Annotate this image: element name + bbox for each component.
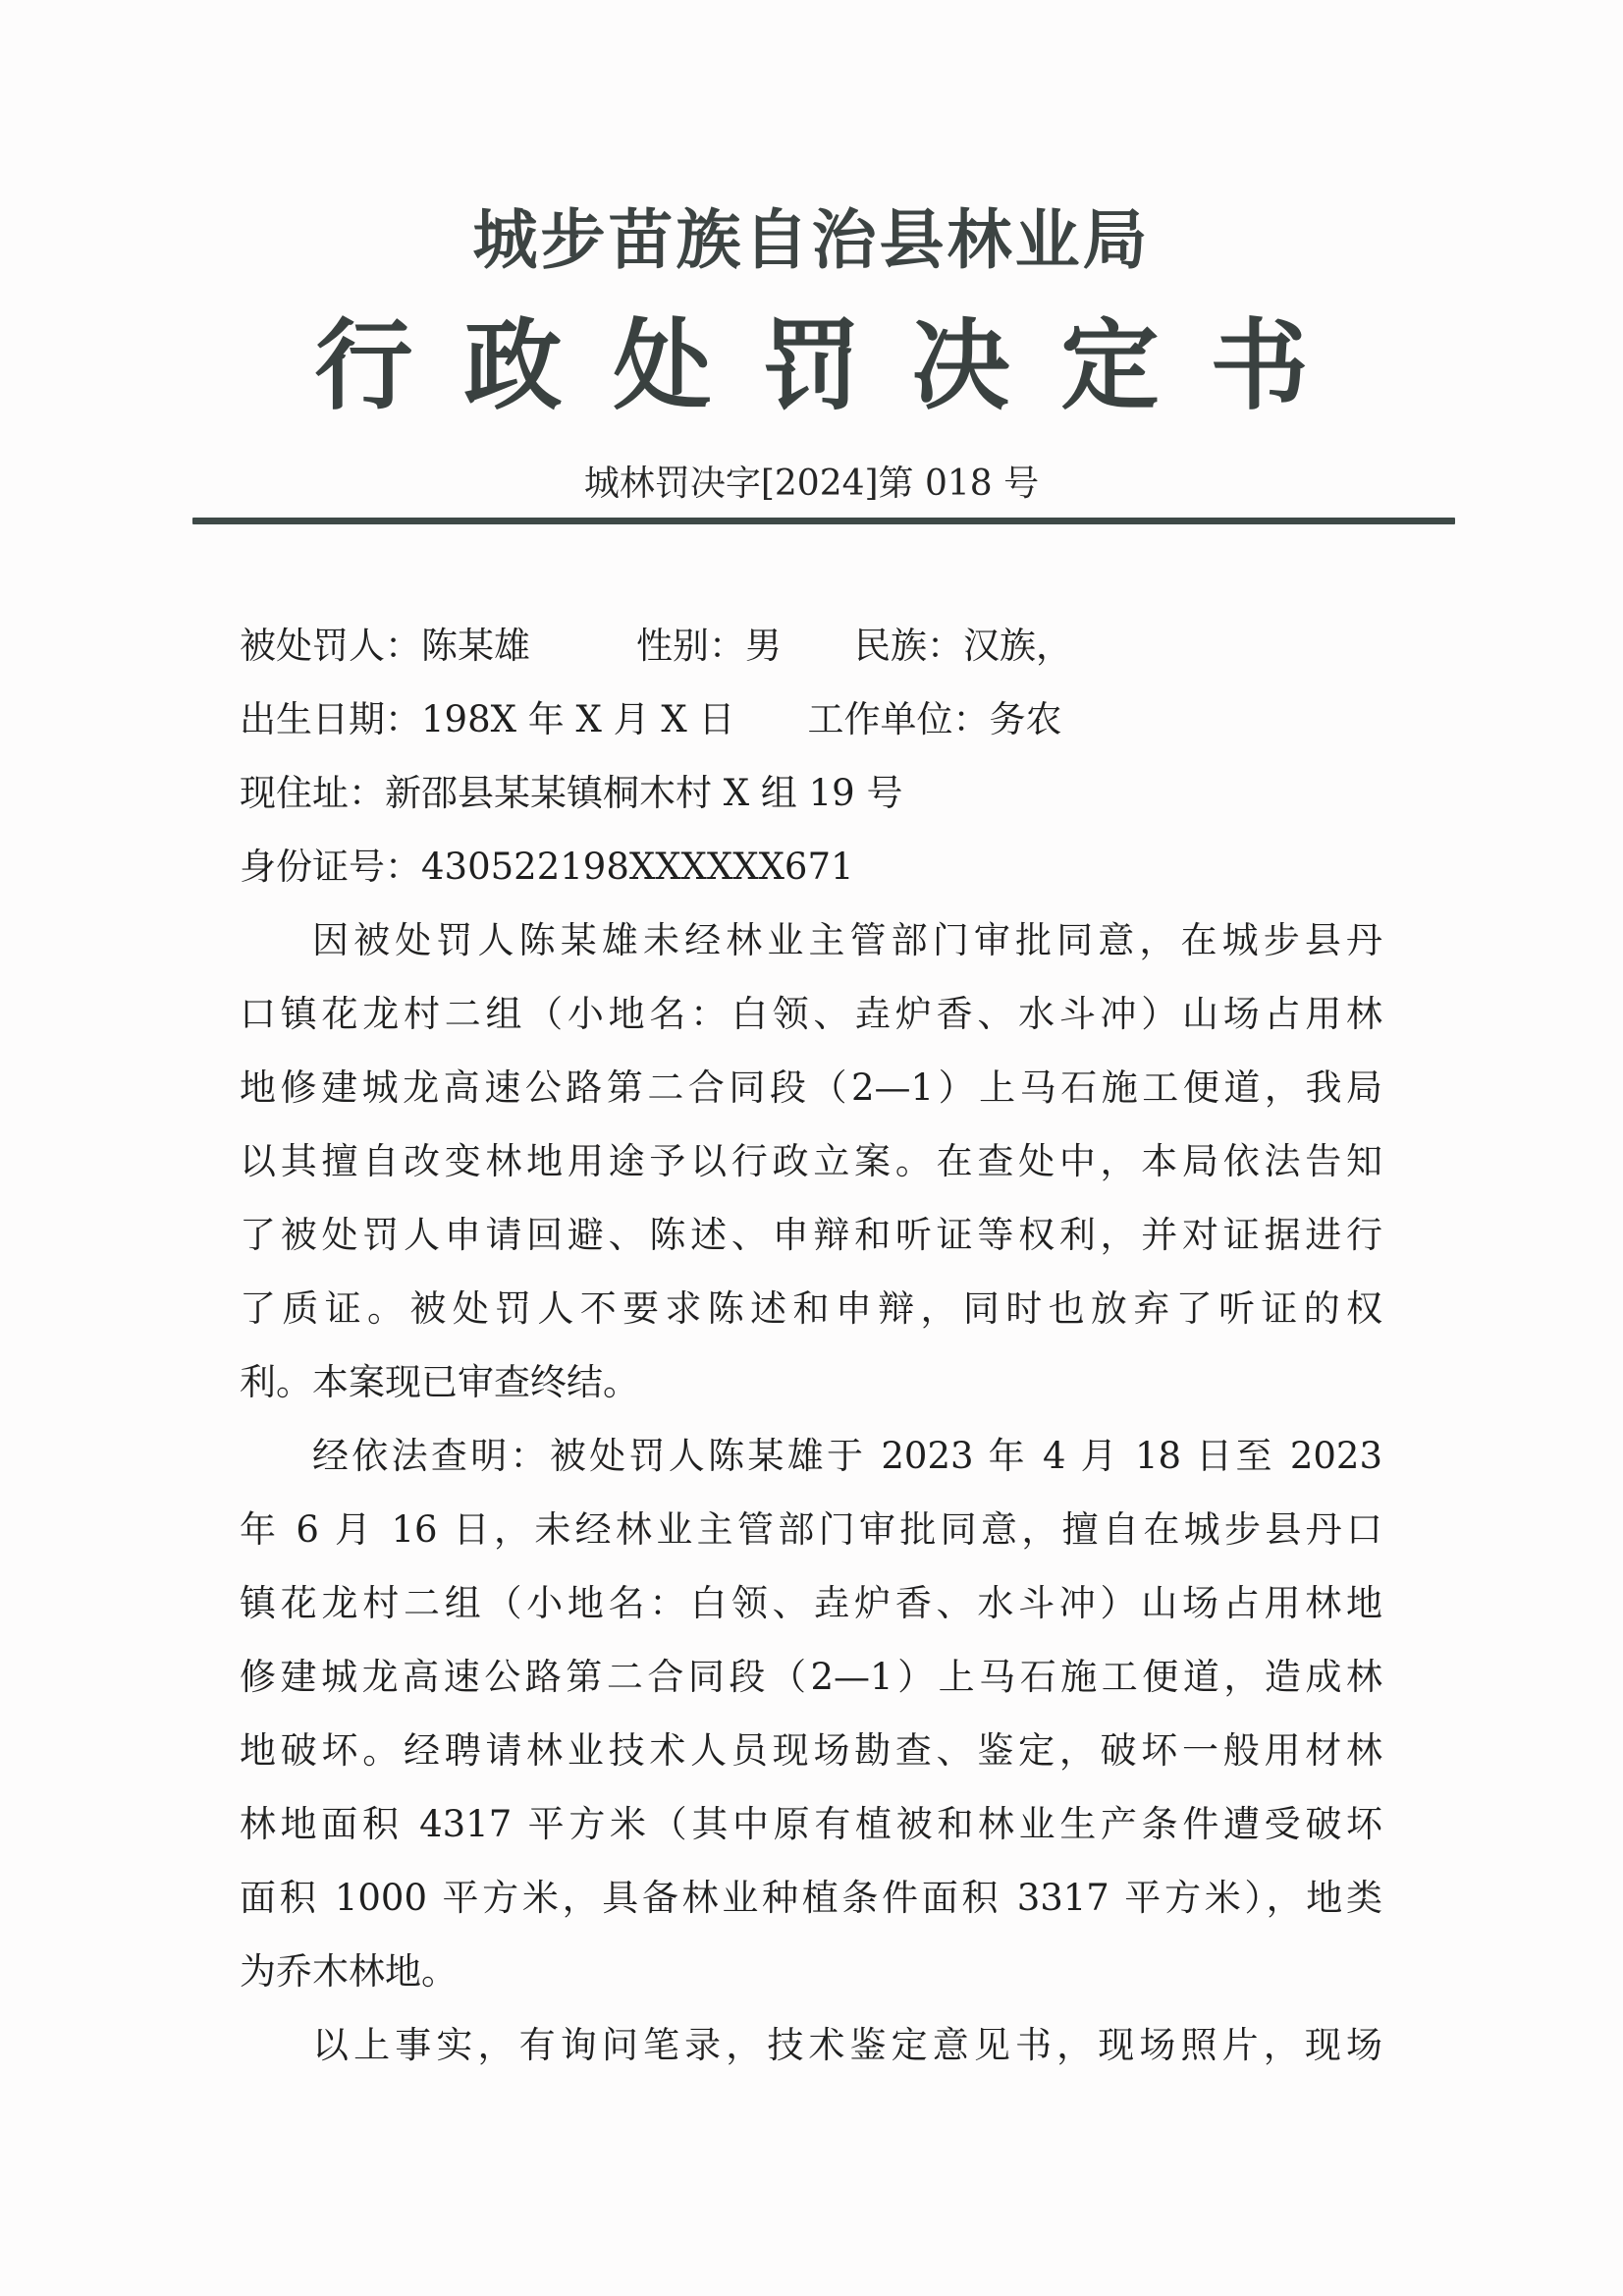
paragraph-line: 地破坏。经聘请林业技术人员现场勘查、鉴定，破坏一般用材林: [240, 1714, 1382, 1787]
paragraph-line: 为乔木林地。: [240, 1935, 1382, 2008]
id-label: 身份证号：: [240, 830, 421, 903]
document-body: 被处罚人：陈某雄性别：男民族：汉族， 出生日期：198X 年 X 月 X 日工作…: [240, 609, 1382, 2082]
paragraph-line: 地修建城龙高速公路第二合同段（2—1）上马石施工便道，我局: [240, 1051, 1382, 1124]
ethnicity-label: 民族：: [854, 609, 963, 683]
paragraph-line: 年 6 月 16 日，未经林业主管部门审批同意，擅自在城步县丹口: [240, 1493, 1382, 1566]
header-divider: [192, 518, 1455, 524]
party-ethnicity: 汉族，: [963, 609, 1072, 683]
paragraph-line: 以上事实，有询问笔录，技术鉴定意见书，现场照片，现场: [240, 2008, 1382, 2082]
document-page: 城步苗族自治县林业局 行政处罚决定书 城林罚决字[2024]第 018 号 被处…: [0, 0, 1623, 2296]
party-name: 陈某雄: [421, 609, 530, 683]
address-label: 现住址：: [240, 756, 385, 830]
paragraph-line: 口镇花龙村二组（小地名：白领、垚炉香、水斗冲）山场占用林: [240, 977, 1382, 1051]
party-row-1: 被处罚人：陈某雄性别：男民族：汉族，: [240, 609, 1382, 683]
paragraph-line: 面积 1000 平方米，具备林业种植条件面积 3317 平方米），地类: [240, 1861, 1382, 1935]
document-number: 城林罚决字[2024]第 018 号: [0, 462, 1623, 507]
paragraph-line: 利。本案现已审查终结。: [240, 1345, 1382, 1419]
party-row-2: 出生日期：198X 年 X 月 X 日工作单位：务农: [240, 683, 1382, 756]
paragraph-line: 林地面积 4317 平方米（其中原有植被和林业生产条件遭受破坏: [240, 1787, 1382, 1861]
party-id-number: 430522198XXXXXX671: [421, 830, 854, 903]
paragraph-line: 经依法查明：被处罚人陈某雄于 2023 年 4 月 18 日至 2023: [240, 1419, 1382, 1493]
name-label: 被处罚人：: [240, 609, 421, 683]
party-row-3: 现住址：新邵县某某镇桐木村 X 组 19 号: [240, 756, 1382, 830]
birth-label: 出生日期：: [240, 683, 421, 756]
party-address: 新邵县某某镇桐木村 X 组 19 号: [385, 756, 902, 830]
party-gender: 男: [745, 609, 782, 683]
paragraph-findings: 经依法查明：被处罚人陈某雄于 2023 年 4 月 18 日至 2023 年 6…: [240, 1419, 1382, 2008]
paragraph-evidence: 以上事实，有询问笔录，技术鉴定意见书，现场照片，现场: [240, 2008, 1382, 2082]
paragraph-line: 修建城龙高速公路第二合同段（2—1）上马石施工便道，造成林: [240, 1640, 1382, 1714]
paragraph-case-filing: 因被处罚人陈某雄未经林业主管部门审批同意，在城步县丹 口镇花龙村二组（小地名：白…: [240, 903, 1382, 1419]
paragraph-line: 了质证。被处罚人不要求陈述和申辩，同时也放弃了听证的权: [240, 1272, 1382, 1345]
paragraph-line: 因被处罚人陈某雄未经林业主管部门审批同意，在城步县丹: [240, 903, 1382, 977]
agency-title: 城步苗族自治县林业局: [0, 201, 1623, 280]
paragraph-line: 了被处罚人申请回避、陈述、申辩和听证等权利，并对证据进行: [240, 1198, 1382, 1272]
party-row-4: 身份证号：430522198XXXXXX671: [240, 830, 1382, 903]
paragraph-line: 以其擅自改变林地用途予以行政立案。在查处中，本局依法告知: [240, 1124, 1382, 1198]
employer-label: 工作单位：: [807, 683, 989, 756]
party-employer: 务农: [989, 683, 1061, 756]
gender-label: 性别：: [636, 609, 745, 683]
paragraph-line: 镇花龙村二组（小地名：白领、垚炉香、水斗冲）山场占用林地: [240, 1566, 1382, 1640]
party-birth: 198X 年 X 月 X 日: [421, 683, 734, 756]
document-type-title: 行政处罚决定书: [0, 312, 1623, 420]
